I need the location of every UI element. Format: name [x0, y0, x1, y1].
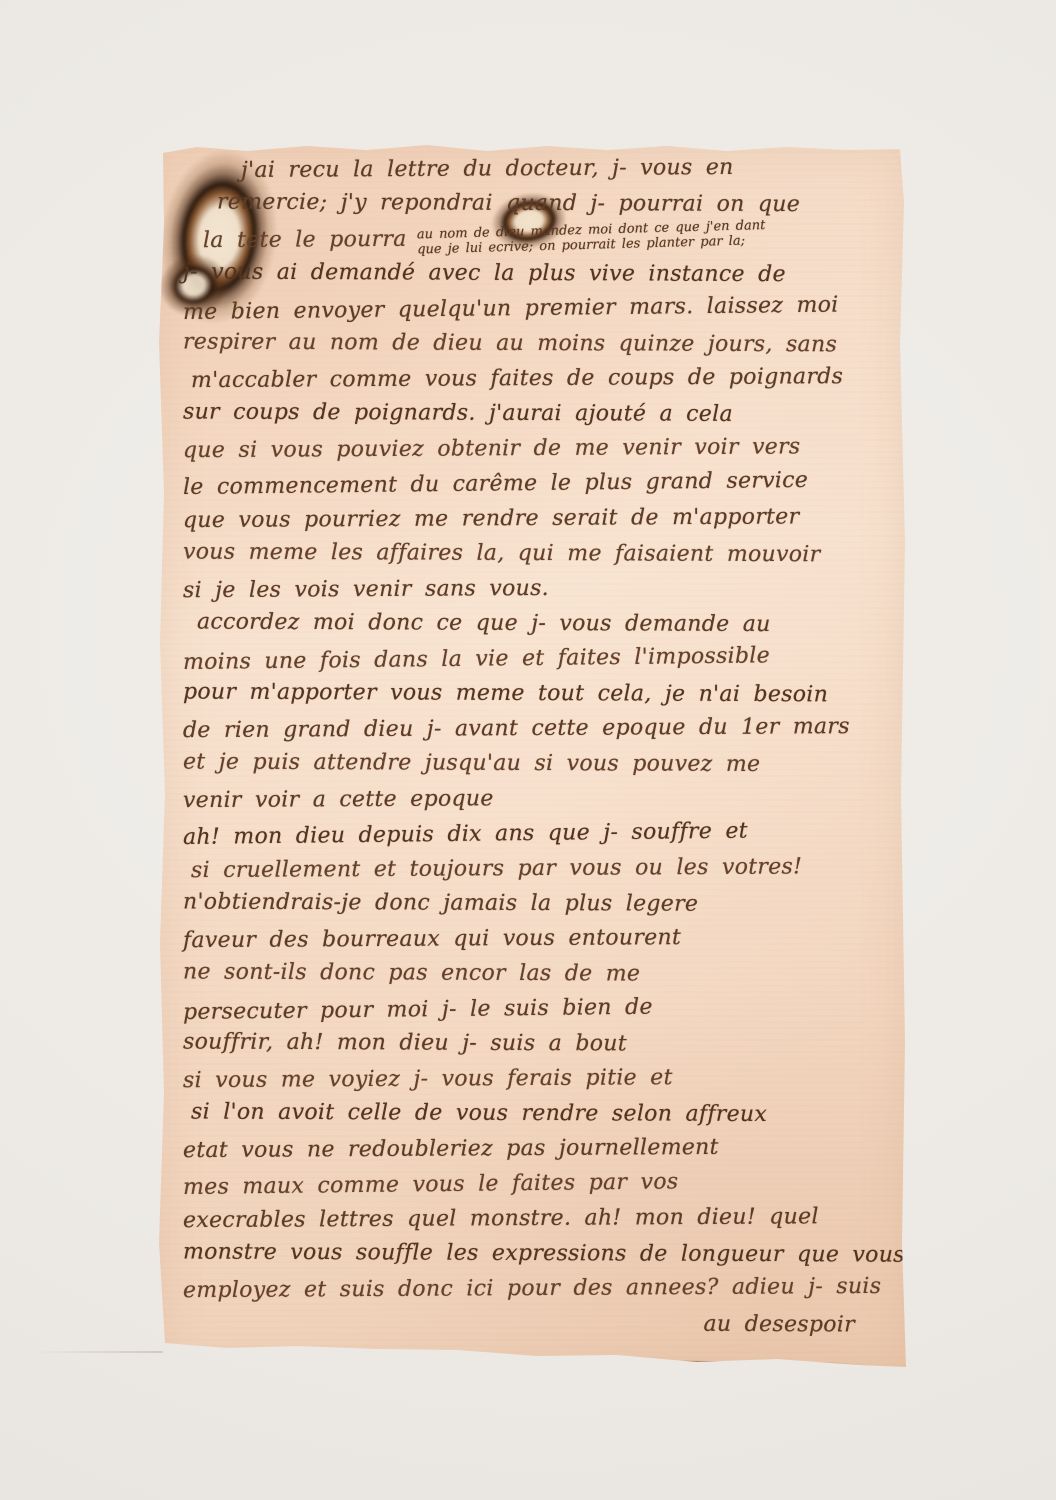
letter-line-text: execrables lettres quel monstre. ah! mon… [183, 1204, 819, 1233]
letter-line-text: n'obtiendrais-je donc jamais la plus leg… [183, 889, 698, 916]
letter-line: si l'on avoit celle de vous rendre selon… [191, 1094, 883, 1132]
letter-line-text: monstre vous souffle les expressions de … [183, 1239, 905, 1267]
letter-line: respirer au nom de dieu au moins quinze … [183, 324, 883, 362]
letter-line: sur coups de poignards. j'aurai ajouté a… [183, 394, 883, 432]
letter-line-text: que si vous pouviez obtenir de me venir … [183, 434, 801, 463]
letter-line: ah! mon dieu depuis dix ans que j- souff… [183, 812, 883, 855]
letter-line: faveur des bourreaux qui vous entourent [183, 919, 883, 958]
letter-line-text: remercie; j'y repondrai quand j- pourrai… [217, 190, 800, 218]
letter-line-text: le commencement du carême le plus grand … [183, 468, 808, 500]
letter-line: de rien grand dieu j- avant cette epoque… [183, 709, 883, 748]
letter-line: m'accabler comme vous faites de coups de… [191, 359, 883, 398]
letter-line: si vous me voyiez j- vous ferais pitie e… [183, 1059, 883, 1098]
letter-line-text: ne sont-ils donc pas encor las de me [183, 959, 640, 986]
letter-line-text: faveur des bourreaux qui vous entourent [183, 925, 681, 953]
letter-line: si cruellement et toujours par vous ou l… [191, 849, 883, 888]
photograph: j'ai recu la lettre du docteur, j- vous … [0, 0, 1056, 1500]
letter-line: vous meme les affaires la, qui me faisai… [183, 534, 883, 572]
letter-line: me bien envoyer quelqu'un premier mars. … [183, 287, 883, 330]
letter-line-text: que vous pourriez me rendre serait de m'… [183, 504, 800, 533]
letter-line-text: venir voir a cette epoque [183, 786, 494, 813]
letter-line-text: mes maux comme vous le faites par vos [183, 1169, 679, 1200]
letter-line-text: moins une fois dans la vie et faites l'i… [183, 643, 770, 675]
letter-line-text: etat vous ne redoubleriez pas journellem… [183, 1135, 719, 1163]
letter-line-text: j- vous ai demandé avec la plus vive ins… [183, 259, 786, 287]
letter-line-text: si l'on avoit celle de vous rendre selon… [191, 1099, 767, 1127]
letter-line-text: si cruellement et toujours par vous ou l… [191, 854, 802, 883]
letter-line: au desespoir [183, 1304, 883, 1342]
letter-line-text: ah! mon dieu depuis dix ans que j- souff… [183, 819, 748, 850]
letter-line-text: souffrir, ah! mon dieu j- suis a bout [183, 1029, 627, 1056]
letter-line: moins une fois dans la vie et faites l'i… [183, 637, 883, 680]
background-crease [28, 1351, 163, 1353]
letter-line: que vous pourriez me rendre serait de m'… [183, 499, 883, 538]
letter-line: execrables lettres quel monstre. ah! mon… [183, 1199, 883, 1238]
interlinear-note: au nom de dieu mandez moi dont ce que j'… [416, 218, 765, 256]
letter-line-text: sur coups de poignards. j'aurai ajouté a… [183, 399, 733, 426]
letter-line-text: accordez moi donc ce que j- vous demande… [197, 610, 771, 638]
letter-line: j'ai recu la lettre du docteur, j- vous … [241, 149, 883, 188]
letter-line: la tete le pourraau nom de dieu mandez m… [203, 219, 883, 258]
paper-bottom-edge-shadow [382, 1358, 852, 1365]
letter-line-text: si vous me voyiez j- vous ferais pitie e… [183, 1065, 673, 1093]
letter-page: j'ai recu la lettre du docteur, j- vous … [157, 143, 907, 1371]
letter-line-text: la tete le pourra [203, 227, 407, 253]
letter-line: pour m'apporter vous meme tout cela, je … [183, 674, 883, 712]
letter-line-text: au desespoir [703, 1312, 855, 1338]
letter-line-text: employez et suis donc ici pour des annee… [183, 1274, 881, 1303]
letter-line-text: me bien envoyer quelqu'un premier mars. … [183, 293, 839, 325]
letter-line-text: de rien grand dieu j- avant cette epoque… [183, 714, 850, 743]
letter-line: persecuter pour moi j- le suis bien de [183, 987, 883, 1030]
letter-line-text: pour m'apporter vous meme tout cela, je … [183, 679, 828, 707]
letter-line: remercie; j'y repondrai quand j- pourrai… [217, 185, 883, 223]
letter-line: j- vous ai demandé avec la plus vive ins… [183, 254, 883, 292]
letter-line: et je puis attendre jusqu'au si vous pou… [183, 744, 883, 782]
letter-line: monstre vous souffle les expressions de … [183, 1234, 883, 1272]
letter-line-text: m'accabler comme vous faites de coups de… [191, 364, 843, 393]
letter-line: n'obtiendrais-je donc jamais la plus leg… [183, 884, 883, 922]
letter-line-text: respirer au nom de dieu au moins quinze … [183, 329, 837, 357]
letter-line-text: vous meme les affaires la, qui me faisai… [183, 539, 821, 567]
letter-line: souffrir, ah! mon dieu j- suis a bout [183, 1024, 883, 1062]
letter-line: employez et suis donc ici pour des annee… [183, 1269, 883, 1308]
letter-line-text: j'ai recu la lettre du docteur, j- vous … [241, 155, 734, 183]
letter-line-text: persecuter pour moi j- le suis bien de [183, 995, 653, 1025]
letter-text: j'ai recu la lettre du docteur, j- vous … [183, 151, 883, 1341]
letter-line: ne sont-ils donc pas encor las de me [183, 954, 883, 992]
letter-line-text: si je les vois venir sans vous. [183, 576, 549, 603]
letter-line-text: et je puis attendre jusqu'au si vous pou… [183, 749, 760, 777]
letter-line: accordez moi donc ce que j- vous demande… [197, 605, 883, 643]
letter-line: si je les vois venir sans vous. [183, 569, 883, 608]
